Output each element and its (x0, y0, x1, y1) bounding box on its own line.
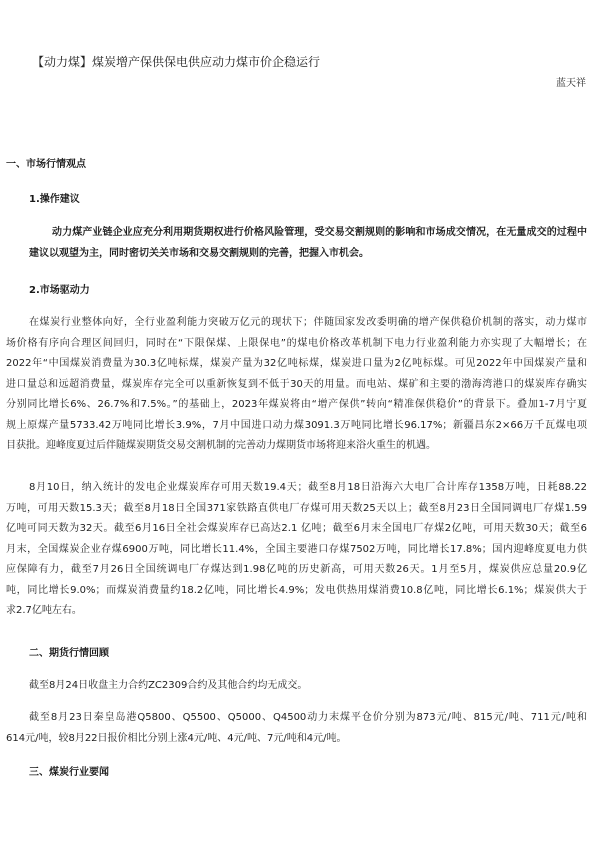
text-line: 614元/吨，较8月22日报价相比分别上涨4元/吨、4元/吨、7元/吨和4元/吨… (6, 729, 587, 750)
paragraph-futures-review-1: 截至8月24日收盘主力合约ZC2309合约及其他合约均无成交。 (6, 676, 587, 697)
text-line: 万吨，可用天数15.3天；截至8月18日全国371家铁路直供电厂存煤可用天数25… (6, 499, 587, 520)
text-line: 应保障有力，截至7月26日全国统调电厂存煤达到1.98亿吨的历史新高，可用天数2… (6, 560, 587, 581)
text-line: 目获批。迎峰度夏过后伴随煤炭期货交易交割机制的完善动力煤期货市场将迎来浴火重生的… (6, 436, 587, 457)
text-line: 动力煤产业链企业应充分利用期货期权进行价格风险管理，受交易交割规则的影响和市场成… (6, 223, 587, 244)
text-line: 8月10日，纳入统计的发电企业煤炭库存可用天数19.4天；截至8月18日沿海六大… (6, 478, 587, 499)
subsection-heading-operation-advice: 1.操作建议 (29, 193, 80, 207)
paragraph-futures-review-2: 截至8月23日秦皇岛港Q5800、Q5500、Q5000、Q4500动力末煤平仓… (6, 708, 587, 749)
text-line: 截至8月24日收盘主力合约ZC2309合约及其他合约均无成交。 (6, 676, 587, 697)
document-title: 【动力煤】煤炭增产保供保电供应动力煤市价企稳运行 (32, 54, 320, 70)
section-heading-futures-review: 二、期货行情回顾 (29, 647, 109, 661)
text-line: 建议以观望为主，同时密切关关市场和交易交割规则的完善，把握入市机会。 (6, 244, 587, 265)
text-line: 场价格有序向合理区间回归，同时在“下限保煤、上限保电”的煤电价格改革机制下电力行… (6, 334, 587, 355)
author-name: 蓝天祥 (556, 77, 586, 91)
paragraph-market-drivers-2: 8月10日，纳入统计的发电企业煤炭库存可用天数19.4天；截至8月18日沿海六大… (6, 478, 587, 622)
document-page: 【动力煤】煤炭增产保供保电供应动力煤市价企稳运行 蓝天祥 一、市场行情观点 1.… (0, 0, 595, 842)
section-heading-market-view: 一、市场行情观点 (6, 158, 86, 172)
text-line: 2022年“中国煤炭消费量为30.3亿吨标煤，煤炭产量为32亿吨标煤，煤炭进口量… (6, 354, 587, 375)
paragraph-operation-advice: 动力煤产业链企业应充分利用期货期权进行价格风险管理，受交易交割规则的影响和市场成… (6, 223, 587, 264)
text-line: 分别同比增长6%、26.7%和7.5%。”的基础上，2023年煤炭将由“增产保供… (6, 395, 587, 416)
subsection-heading-market-drivers: 2.市场驱动力 (29, 284, 90, 298)
text-line: 求2.7亿吨左右。 (6, 601, 587, 622)
text-line: 截至8月23日秦皇岛港Q5800、Q5500、Q5000、Q4500动力末煤平仓… (6, 708, 587, 729)
text-line: 亿吨可同天数为32天。截至6月16日全社会煤炭库存已高达2.1 亿吨；截至6月末… (6, 519, 587, 540)
text-line: 在煤炭行业整体向好，全行业盈利能力突破万亿元的现状下；伴随国家发改委明确的增产保… (6, 313, 587, 334)
text-line: 规上原煤产量5733.42万吨同比增长3.9%，7月中国进口动力煤3091.3万… (6, 416, 587, 437)
paragraph-market-drivers-1: 在煤炭行业整体向好，全行业盈利能力突破万亿元的现状下；伴随国家发改委明确的增产保… (6, 313, 587, 457)
text-line: 进口量总和远超消费量，煤炭库存完全可以重新恢复到不低于30天的用量。而电站、煤矿… (6, 375, 587, 396)
section-heading-industry-news: 三、煤炭行业要闻 (29, 766, 109, 780)
text-line: 吨，同比增长9.0%；而煤炭消费量约18.2亿吨，同比增长4.9%；发电供热用煤… (6, 581, 587, 602)
text-line: 月末，全国煤炭企业存煤6900万吨，同比增长11.4%，全国主要港口存煤7502… (6, 540, 587, 561)
